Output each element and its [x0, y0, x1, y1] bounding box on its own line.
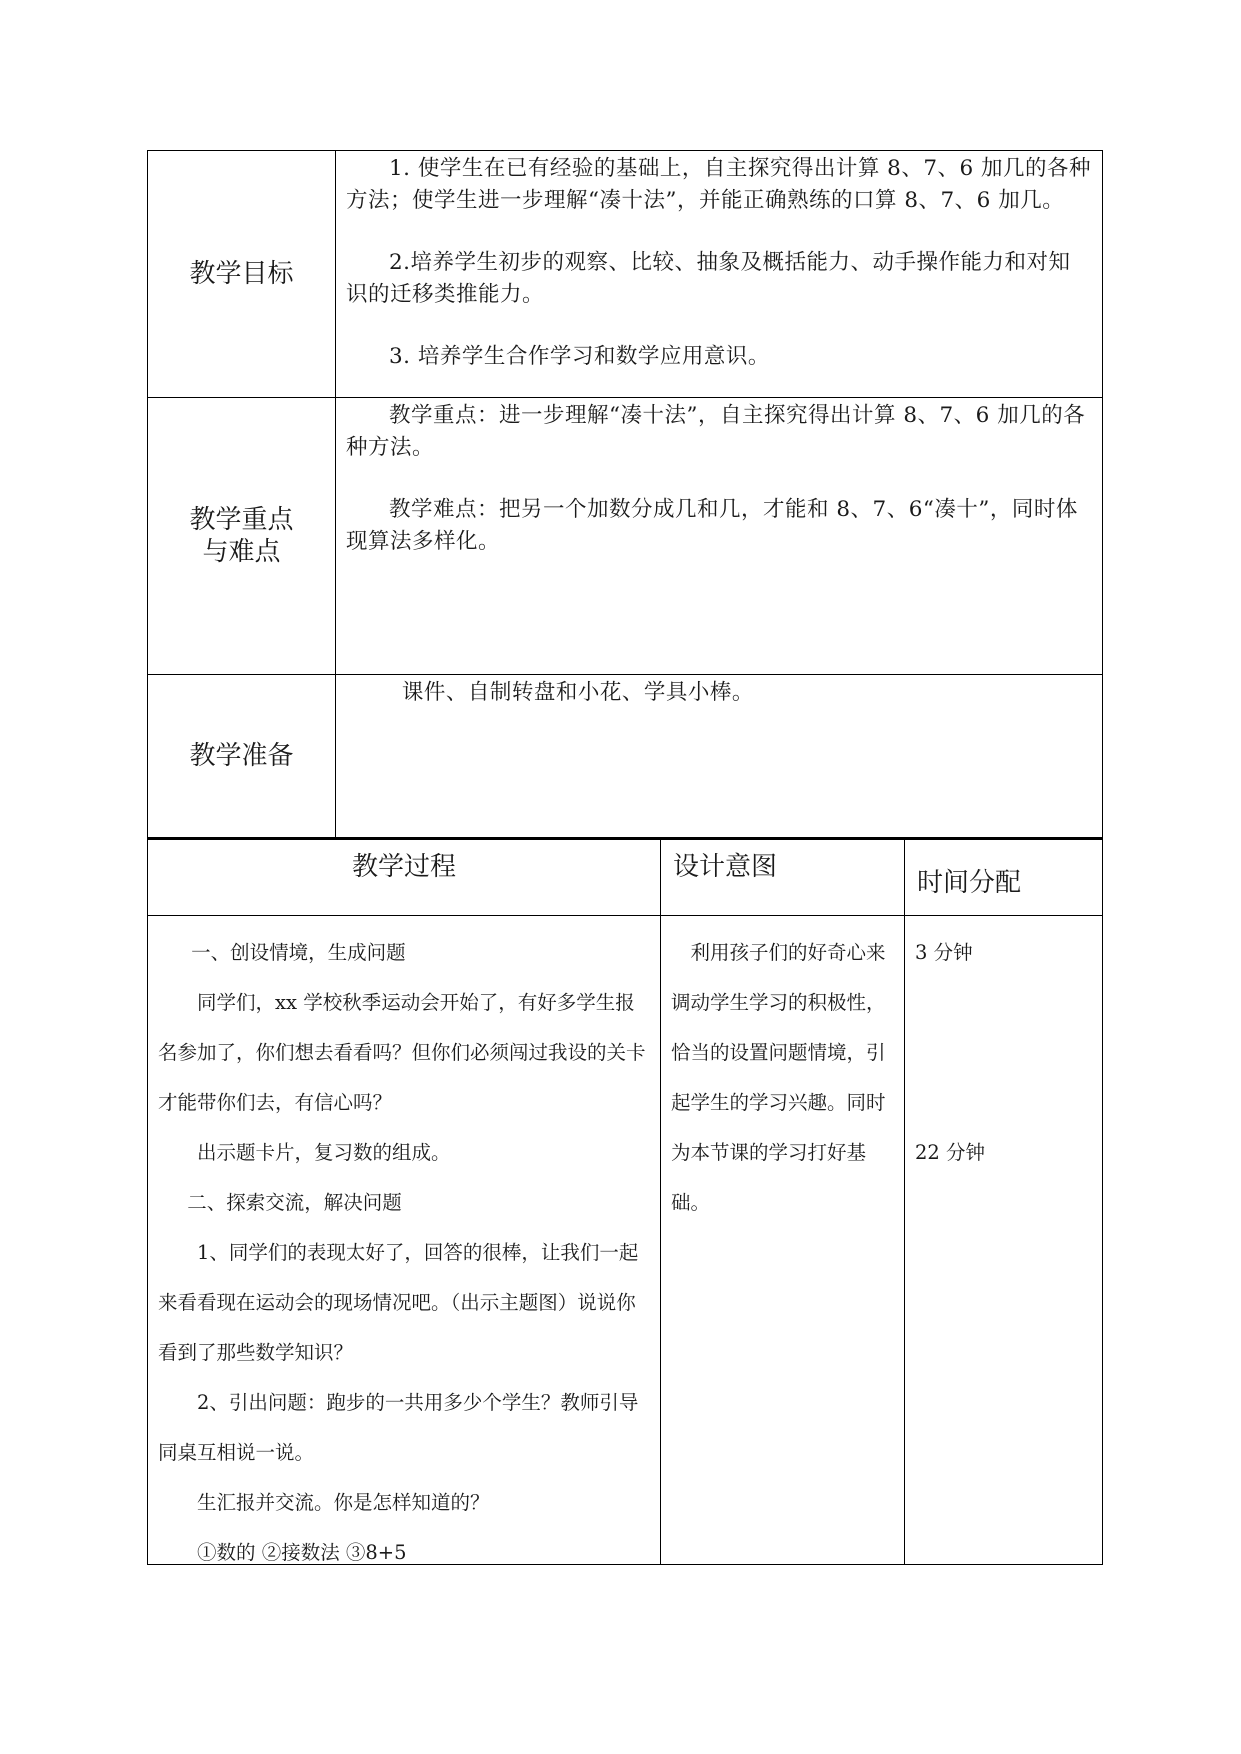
- time-section-2: 22 分钟: [915, 1128, 1094, 1178]
- key-points-label-line2: 与难点: [189, 536, 293, 568]
- process-line: 出示题卡片，复习数的组成。: [158, 1128, 652, 1178]
- process-header-row: 教学过程 设计意图 时间分配: [147, 837, 1103, 915]
- process-line: 生汇报并交流。你是怎样知道的？: [158, 1478, 652, 1528]
- header-intent: 设计意图: [661, 840, 905, 915]
- process-line: 2、引出问题：跑步的一共用多少个学生？教师引导同桌互相说一说。: [158, 1378, 652, 1478]
- header-process: 教学过程: [148, 840, 661, 915]
- key-points-label: 教学重点 与难点: [148, 398, 336, 674]
- key-points-content: 教学重点：进一步理解“凑十法”，自主探究得出计算 8、7、6 加几的各种方法。 …: [336, 398, 1102, 674]
- objectives-row: 教学目标 1. 使学生在已有经验的基础上，自主探究得出计算 8、7、6 加几的各…: [147, 150, 1103, 397]
- process-line: 1、同学们的表现太好了，回答的很棒，让我们一起来看看现在运动会的现场情况吧。（出…: [158, 1228, 652, 1378]
- process-line: 二、探索交流，解决问题: [158, 1178, 652, 1228]
- objective-item: 2.培养学生初步的观察、比较、抽象及概括能力、动手操作能力和对知识的迁移类推能力…: [346, 247, 1092, 311]
- process-line: 一、创设情境，生成问题: [158, 928, 652, 978]
- key-point-item: 教学重点：进一步理解“凑十法”，自主探究得出计算 8、7、6 加几的各种方法。: [346, 400, 1092, 464]
- preparation-content: 课件、自制转盘和小花、学具小棒。: [336, 675, 1102, 837]
- lesson-plan-table: 教学目标 1. 使学生在已有经验的基础上，自主探究得出计算 8、7、6 加几的各…: [147, 150, 1103, 1565]
- preparation-row: 教学准备 课件、自制转盘和小花、学具小棒。: [147, 674, 1103, 837]
- key-points-label-line1: 教学重点: [189, 504, 293, 536]
- time-cell: 3 分钟 22 分钟: [905, 916, 1102, 1564]
- objective-item: 1. 使学生在已有经验的基础上，自主探究得出计算 8、7、6 加几的各种方法；使…: [346, 153, 1092, 217]
- intent-text: 利用孩子们的好奇心来调动学生学习的积极性，恰当的设置问题情境，引起学生的学习兴趣…: [671, 928, 896, 1228]
- time-section-1: 3 分钟: [915, 928, 1094, 978]
- process-cell: 一、创设情境，生成问题 同学们，xx 学校秋季运动会开始了，有好多学生报名参加了…: [148, 916, 661, 1564]
- preparation-text: 课件、自制转盘和小花、学具小棒。: [346, 677, 1092, 709]
- objectives-content: 1. 使学生在已有经验的基础上，自主探究得出计算 8、7、6 加几的各种方法；使…: [336, 151, 1102, 397]
- objectives-label: 教学目标: [148, 151, 336, 397]
- process-line: ①数的 ②接数法 ③8+5: [158, 1528, 652, 1578]
- preparation-label: 教学准备: [148, 675, 336, 837]
- objective-item: 3. 培养学生合作学习和数学应用意识。: [346, 341, 1092, 373]
- document-page: 教学目标 1. 使学生在已有经验的基础上，自主探究得出计算 8、7、6 加几的各…: [0, 0, 1241, 1754]
- key-points-row: 教学重点 与难点 教学重点：进一步理解“凑十法”，自主探究得出计算 8、7、6 …: [147, 397, 1103, 674]
- intent-cell: 利用孩子们的好奇心来调动学生学习的积极性，恰当的设置问题情境，引起学生的学习兴趣…: [661, 916, 905, 1564]
- process-line: 同学们，xx 学校秋季运动会开始了，有好多学生报名参加了，你们想去看看吗？但你们…: [158, 978, 652, 1128]
- process-body-row: 一、创设情境，生成问题 同学们，xx 学校秋季运动会开始了，有好多学生报名参加了…: [147, 915, 1103, 1565]
- key-point-item: 教学难点：把另一个加数分成几和几，才能和 8、7、6“凑十”，同时体现算法多样化…: [346, 494, 1092, 558]
- header-time: 时间分配: [905, 840, 1102, 915]
